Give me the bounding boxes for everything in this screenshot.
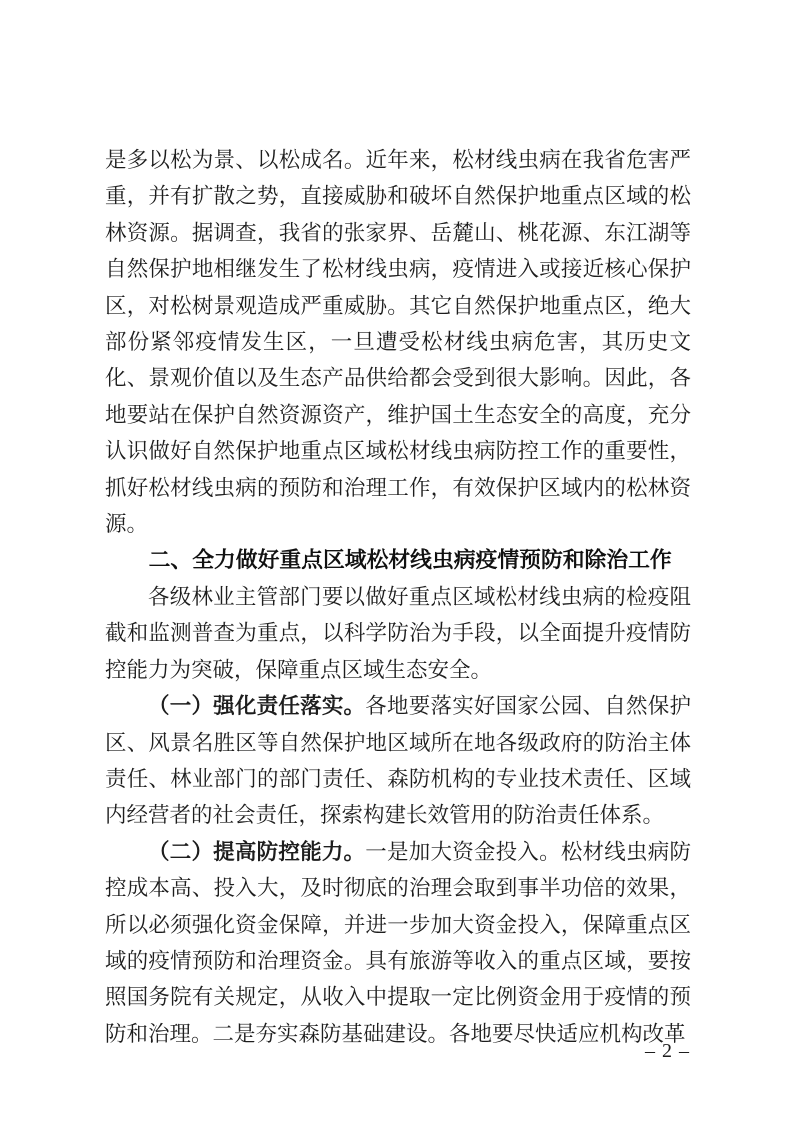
paragraph-item-1: （一）强化责任落实。各地要落实好国家公园、自然保护区、风景名胜区等自然保护地区域…: [105, 688, 691, 834]
section-heading: 二、全力做好重点区域松材线虫病疫情预防和除治工作: [105, 542, 691, 578]
page-number: – 2 –: [645, 1040, 690, 1062]
paragraph-continuation: 是多以松为景、以松成名。近年来，松材线虫病在我省危害严重，并有扩散之势，直接威胁…: [105, 142, 691, 542]
paragraph-item-1-lead: （一）强化责任落实。: [148, 694, 365, 718]
paragraph-item-2: （二）提高防控能力。一是加大资金投入。松材线虫病防控成本高、投入大，及时彻底的治…: [105, 834, 691, 1052]
paragraph-item-2-body: 一是加大资金投入。松材线虫病防控成本高、投入大，及时彻底的治理会取到事半功倍的效…: [105, 840, 691, 1046]
document-page: 是多以松为景、以松成名。近年来，松材线虫病在我省危害严重，并有扩散之势，直接威胁…: [0, 0, 793, 1122]
document-body: 是多以松为景、以松成名。近年来，松材线虫病在我省危害严重，并有扩散之势，直接威胁…: [105, 142, 691, 1052]
paragraph-overview: 各级林业主管部门要以做好重点区域松材线虫病的检疫阻截和监测普查为重点，以科学防治…: [105, 579, 691, 688]
paragraph-item-2-lead: （二）提高防控能力。: [148, 840, 365, 864]
